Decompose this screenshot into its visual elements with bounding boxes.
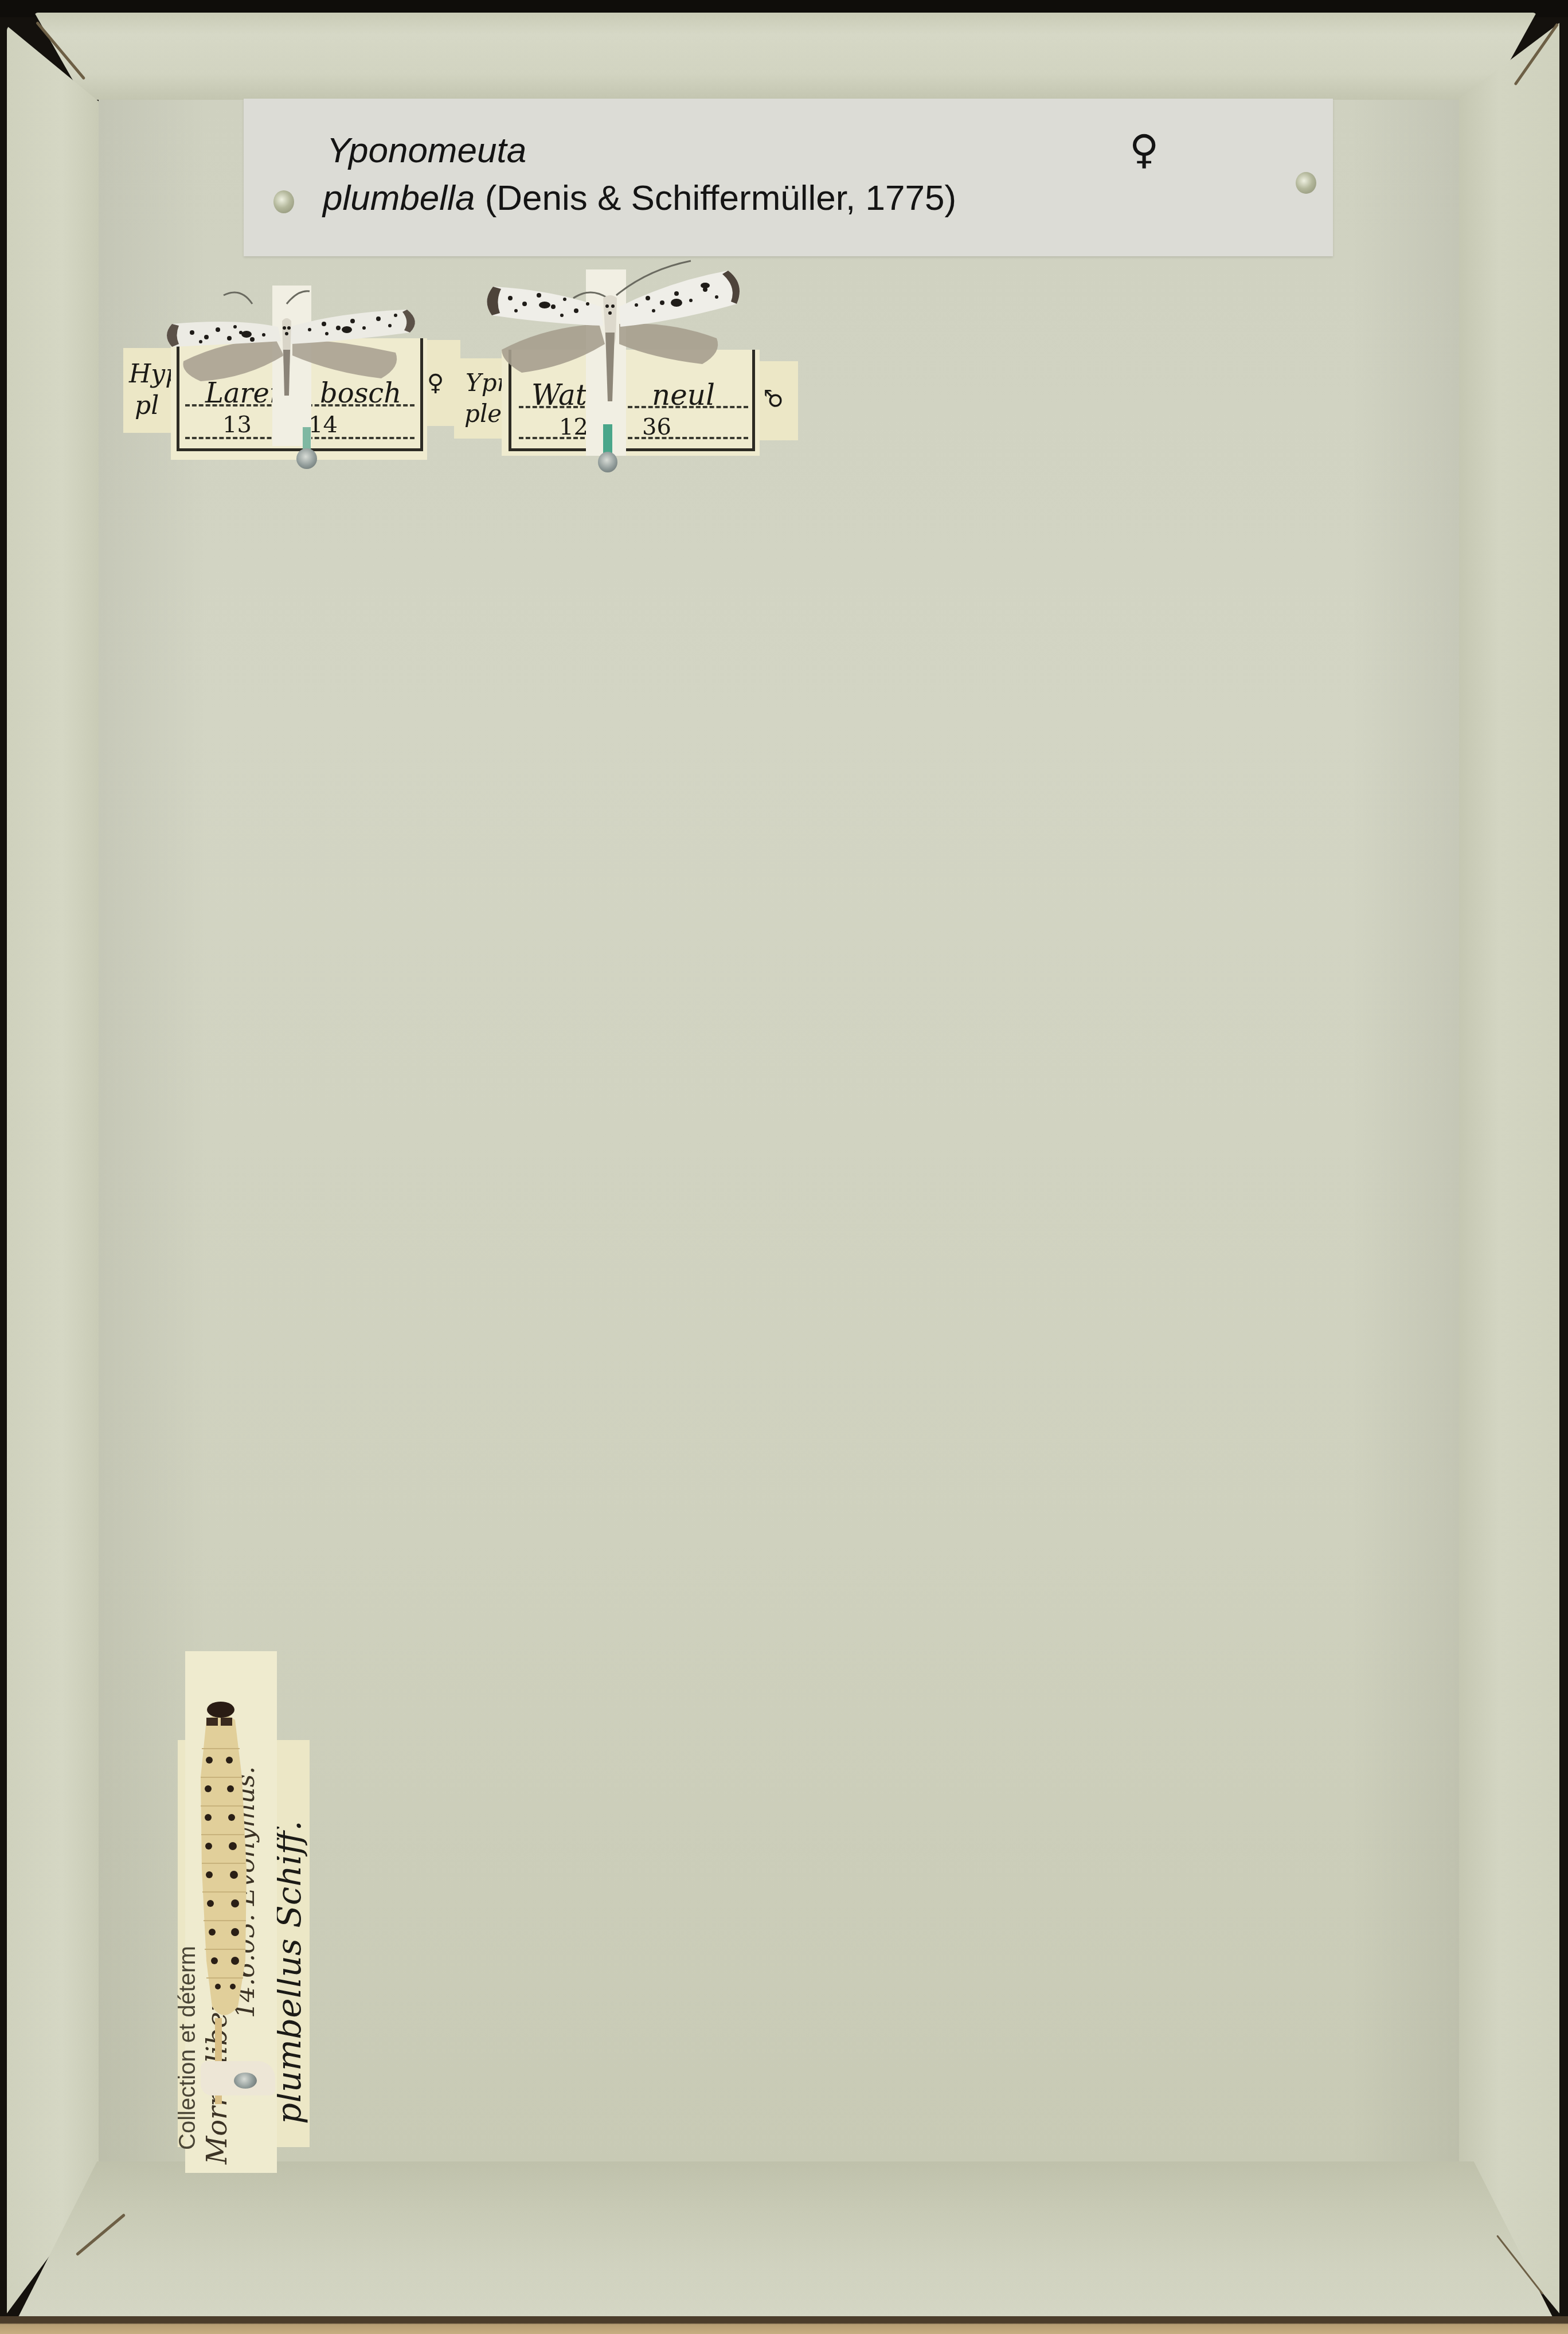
label-pin-left-icon (273, 190, 294, 213)
species-authority: (Denis & Schiffermüller, 1775) (485, 178, 956, 218)
drawer-wall-bottom (17, 2161, 1554, 2319)
species-genus: Yponomeuta (327, 130, 526, 171)
specimen-2[interactable]: Ypn ple ♂ Wate neul 12 36 (447, 258, 803, 487)
pin-head-icon (598, 452, 617, 472)
specimen-3-larva[interactable]: plumbellus Schiff. Collection et déterm … (166, 1645, 321, 2179)
date-day: 13 (222, 412, 252, 438)
date-year: 14 (308, 412, 338, 438)
moth-specimen-icon (155, 287, 430, 413)
species-epithet: plumbella (323, 178, 475, 218)
larva-specimen-icon (189, 1697, 258, 2110)
specimen-1[interactable]: Hyp pl ♀ Laren bosch 13 14 (120, 264, 464, 482)
drawer-base-strip (0, 2316, 1568, 2334)
species-name-line: plumbella (Denis & Schiffermüller, 1775) (323, 178, 956, 218)
pin-head-icon (296, 448, 317, 469)
female-symbol-icon: ♀ (1129, 126, 1159, 173)
species-label: Yponomeuta plumbella (Denis & Schiffermü… (244, 99, 1333, 256)
label-pin-right-icon (1296, 172, 1316, 194)
drawer-wall-right (1459, 23, 1559, 2313)
drawer-wall-left (7, 26, 99, 2313)
specimen-2-sex-label: ♂ (757, 361, 798, 440)
pin-head-icon (234, 2073, 257, 2089)
moth-specimen-icon (476, 258, 751, 419)
sex-symbol: ♂ (761, 388, 787, 409)
specimen-2-pin (603, 424, 612, 456)
drawer-wall-top (34, 13, 1536, 100)
